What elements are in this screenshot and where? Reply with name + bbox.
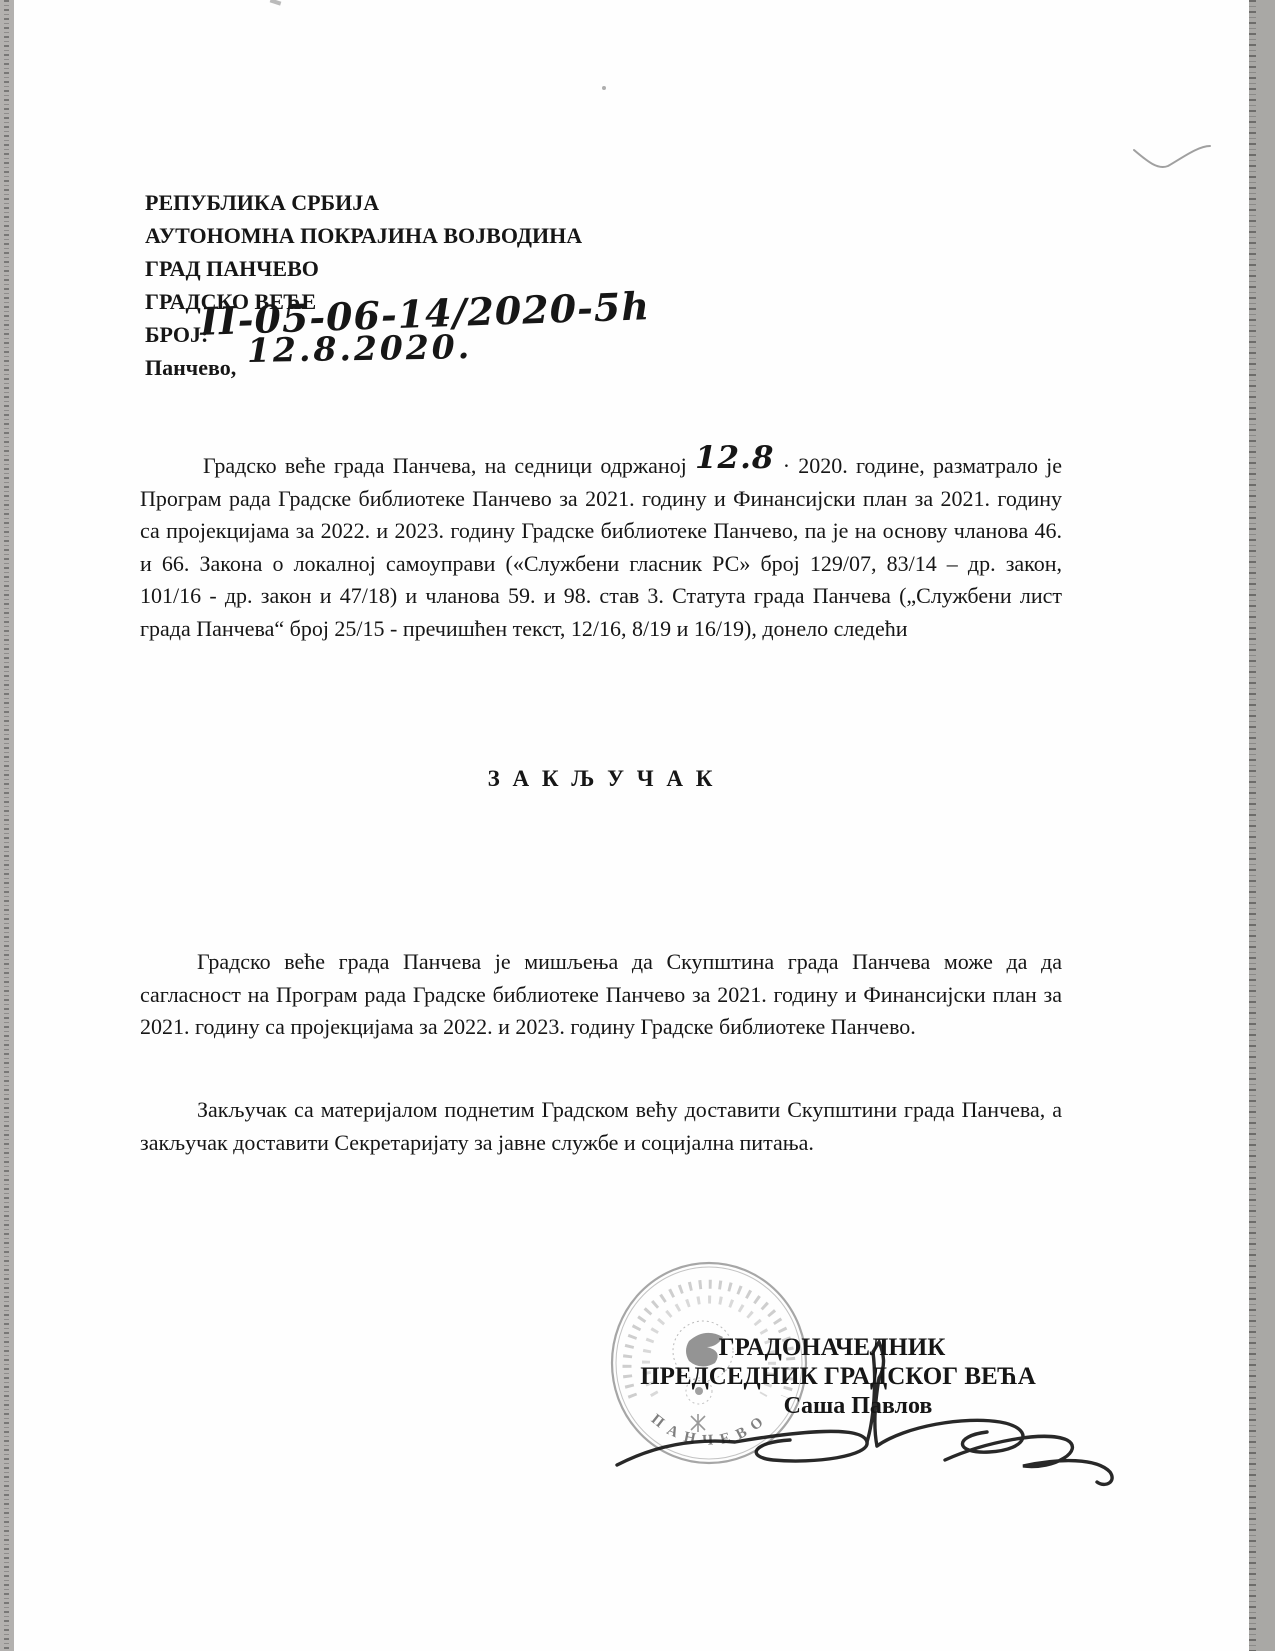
scan-right-edge-speckle [1249,0,1256,1651]
letterhead-city: ГРАД ПАНЧЕВО [145,252,765,285]
intro-paragraph: Градско веће града Панчева, на седници о… [140,450,1062,646]
intro-text-before-date: Градско веће града Панчева, на седници о… [203,453,687,478]
delivery-paragraph: Закључак са материјалом поднетим Градско… [140,1094,1062,1159]
letterhead-province: АУТОНОМНА ПОКРАЈИНА ВОЈВОДИНА [145,219,765,252]
intro-text-after-date: · 2020. године, разматрало је Програм ра… [140,453,1062,641]
handwritten-signature [605,1330,1145,1495]
handwritten-session-date: 12.8 [695,440,775,476]
scan-left-edge-microtext [4,0,9,1651]
conclusion-heading: З А К Љ У Ч А К [140,766,1062,792]
scan-speck-top [270,0,282,6]
scan-right-edge-strip [1249,0,1275,1651]
letterhead-country: РЕПУБЛИКА СРБИЈА [145,186,765,219]
handwritten-header-date: 12.8.2020. [247,327,473,370]
opinion-paragraph: Градско веће града Панчева је мишљења да… [140,946,1062,1044]
scan-left-edge-strip [0,0,14,1651]
scan-speck-dot [602,86,606,90]
pen-checkmark-artifact [1128,136,1216,182]
scanned-document-page: РЕПУБЛИКА СРБИЈА АУТОНОМНА ПОКРАЈИНА ВОЈ… [0,0,1275,1651]
